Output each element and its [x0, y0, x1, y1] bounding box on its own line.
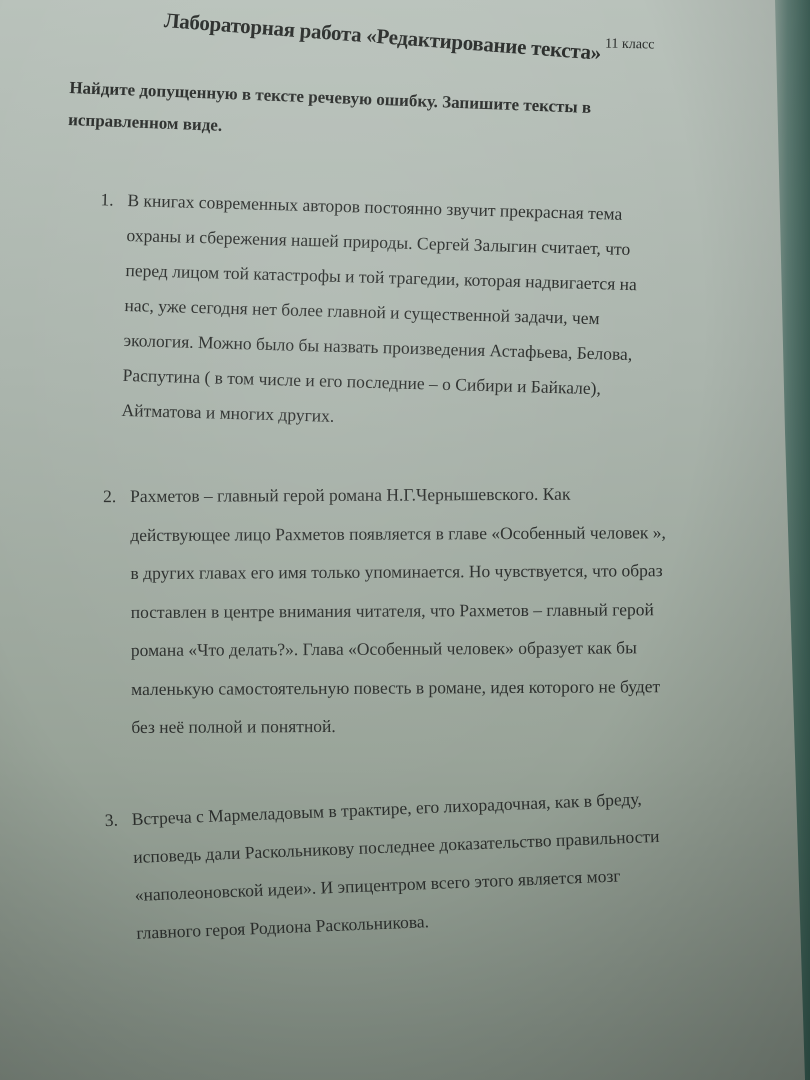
task-number: 3. — [104, 801, 119, 839]
task-line: Рахметов – главный герой романа Н.Г.Черн… — [130, 474, 666, 515]
task-line: в других главах его имя только упоминает… — [130, 551, 666, 592]
task-line: романа «Что делать?». Глава «Особенный ч… — [131, 628, 667, 669]
task-3: 3. Встреча с Мармеладовым в трактире, ег… — [131, 779, 663, 952]
task-1: 1. В книгах современных авторов постоянн… — [121, 183, 639, 442]
task-line: действующее лицо Рахметов появляется в г… — [130, 513, 666, 554]
task-2: 2. Рахметов – главный герой романа Н.Г.Ч… — [130, 474, 667, 746]
task-line: без неё полной и понятной. — [131, 705, 667, 746]
instruction-text: Найдите допущенную в тексте речевую ошиб… — [68, 72, 592, 156]
task-number: 2. — [103, 477, 116, 516]
document-title: Лабораторная работа «Редактирование текс… — [163, 8, 602, 66]
grade-label: 11 класс — [605, 37, 655, 54]
task-line: маленькую самостоятельную повесть в рома… — [131, 667, 667, 708]
task-line: поставлен в центре внимания читателя, чт… — [131, 590, 667, 631]
document-page: Лабораторная работа «Редактирование текс… — [0, 0, 810, 1080]
task-number: 1. — [100, 182, 114, 217]
